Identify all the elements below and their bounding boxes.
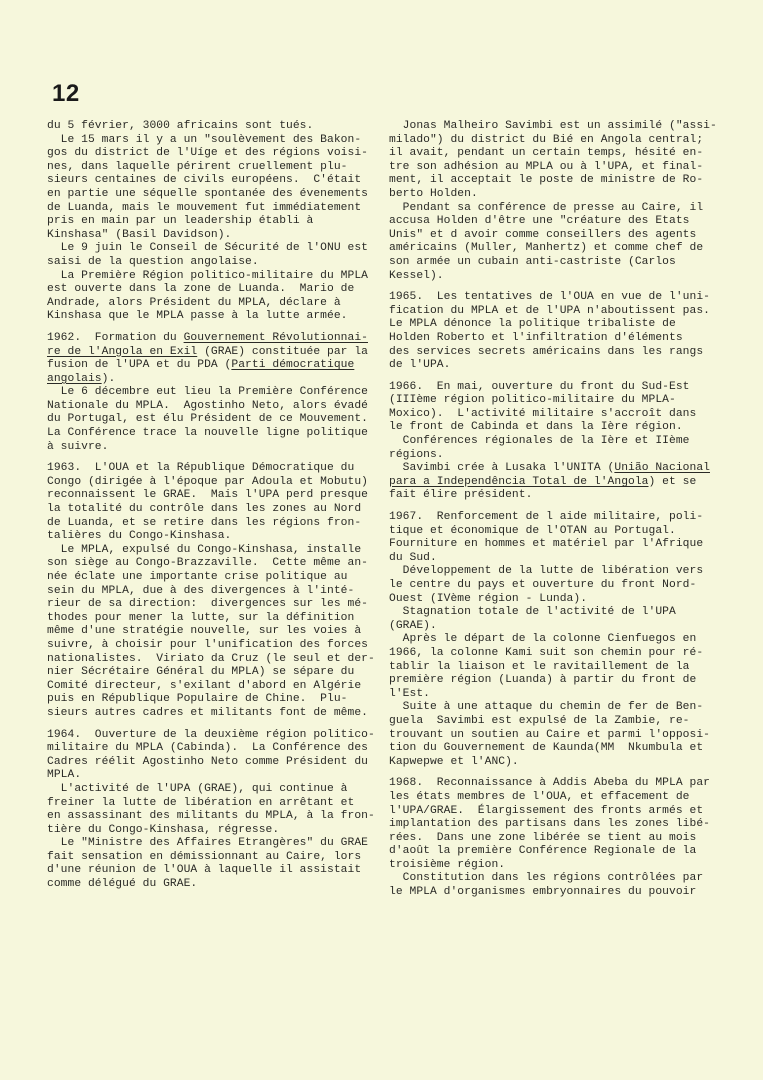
paragraph: Le 9 juin le Conseil de Sécurité de l'ON…	[47, 242, 387, 269]
text-line: l'UPA/GRAE. Élargissement des fronts arm…	[389, 805, 734, 819]
text-line: pris en main par un leadership établi à	[47, 215, 387, 229]
text-line: fait élire président.	[389, 489, 734, 503]
paragraph: 1965. Les tentatives de l'OUA en vue de …	[389, 291, 734, 373]
text-line: Stagnation totale de l'activité de l'UPA	[389, 606, 734, 620]
text-line: son armée un cubain anti-castriste (Carl…	[389, 256, 734, 270]
text-line: fait sensation en démissionnant au Caire…	[47, 851, 387, 865]
text-line: Kapwepwe et l'ANC).	[389, 756, 734, 770]
text-line: thodes pour mener la lutte, sur la défin…	[47, 612, 387, 626]
text-line: 1965. Les tentatives de l'OUA en vue de …	[389, 291, 734, 305]
paragraph: 1964. Ouverture de la deuxième région po…	[47, 729, 387, 783]
text-line: accusa Holden d'être une "créature des E…	[389, 215, 734, 229]
text-line: Kinshasa que le MPLA passe à la lutte ar…	[47, 310, 387, 324]
section-gap	[47, 454, 387, 462]
text-line: du 5 février, 3000 africains sont tués.	[47, 120, 387, 134]
text-line: nes, dans laquelle périrent cruellement …	[47, 161, 387, 175]
text-line: sieurs autres cadres et militants font d…	[47, 707, 387, 721]
paragraph: 1967. Renforcement de l aide militaire, …	[389, 511, 734, 565]
text-line: 1964. Ouverture de la deuxième région po…	[47, 729, 387, 743]
text-line: puis en République Populaire de Chine. P…	[47, 693, 387, 707]
text-line: comme délégué du GRAE.	[47, 878, 387, 892]
text-line: rieur de sa direction: divergences sur l…	[47, 598, 387, 612]
text-line: nier Sécrétaire Général du MPLA) se sépa…	[47, 666, 387, 680]
paragraph: Savimbi crée à Lusaka l'UNITA (União Nac…	[389, 462, 734, 503]
text-line: Holden Roberto et l'infiltration d'éléme…	[389, 332, 734, 346]
text-line: en partie une séquelle spontanée des éve…	[47, 188, 387, 202]
paragraph: Stagnation totale de l'activité de l'UPA…	[389, 606, 734, 633]
section-gap	[389, 503, 734, 511]
text-line: Comité directeur, s'exilant d'abord en A…	[47, 680, 387, 694]
text-line: Jonas Malheiro Savimbi est un assimilé (…	[389, 120, 734, 134]
text-line: il avait, pendant un certain temps, hési…	[389, 147, 734, 161]
text-line: 1963. L'OUA et la République Démocratiqu…	[47, 462, 387, 476]
text-line: même d'une stratégie nouvelle, sur les v…	[47, 625, 387, 639]
text-line: Constitution dans les régions contrôlées…	[389, 872, 734, 886]
text-line: 1967. Renforcement de l aide militaire, …	[389, 511, 734, 525]
text-line: de l'UPA.	[389, 359, 734, 373]
text-line: rées. Dans une zone libérée se tient au …	[389, 832, 734, 846]
text-line: fusion de l'UPA et du PDA (Parti démocra…	[47, 359, 387, 373]
text-line: re de l'Angola en Exil (GRAE) constituée…	[47, 346, 387, 360]
text-line: Le "Ministre des Affaires Etrangères" du…	[47, 837, 387, 851]
paragraph: 1968. Reconnaissance à Addis Abeba du MP…	[389, 777, 734, 872]
text-line: trouvant un soutien au Caire et parmi l'…	[389, 729, 734, 743]
text-line: milado") du district du Bié en Angola ce…	[389, 134, 734, 148]
text-line: (IIIème région politico-militaire du MPL…	[389, 394, 734, 408]
text-line: Développement de la lutte de libération …	[389, 565, 734, 579]
paragraph: Le 15 mars il y a un "soulèvement des Ba…	[47, 134, 387, 243]
text-line: est ouverte dans la zone de Luanda. Mari…	[47, 283, 387, 297]
text-line: Andrade, alors Président du MPLA, déclar…	[47, 297, 387, 311]
text-line: le MPLA d'organismes embryonnaires du po…	[389, 886, 734, 900]
text-line: Le 15 mars il y a un "soulèvement des Ba…	[47, 134, 387, 148]
text-line: Congo (dirigée à l'époque par Adoula et …	[47, 476, 387, 490]
paragraph: Pendant sa conférence de presse au Caire…	[389, 202, 734, 284]
text-line: gos du district de l'Uíge et des régions…	[47, 147, 387, 161]
text-line: 1966. En mai, ouverture du front du Sud-…	[389, 381, 734, 395]
text-line: guela Savimbi est expulsé de la Zambie, …	[389, 715, 734, 729]
paragraph: Développement de la lutte de libération …	[389, 565, 734, 606]
paragraph: Le MPLA, expulsé du Congo-Kinshasa, inst…	[47, 544, 387, 721]
text-line: Moxico). L'activité militaire s'accroît …	[389, 408, 734, 422]
section-gap	[389, 283, 734, 291]
paragraph: Suite à une attaque du chemin de fer de …	[389, 701, 734, 769]
text-line: Kessel).	[389, 270, 734, 284]
paragraph: Le 6 décembre eut lieu la Première Confé…	[47, 386, 387, 454]
text-line: angolais).	[47, 373, 387, 387]
text-line: née éclate une importante crise politiqu…	[47, 571, 387, 585]
text-line: en assassinant des militants du MPLA, à …	[47, 810, 387, 824]
text-line: de Luanda, mais le mouvement fut immédia…	[47, 202, 387, 216]
text-line: la totalité du contrôle dans les zones a…	[47, 503, 387, 517]
section-gap	[47, 324, 387, 332]
text-line: tre son adhésion au MPLA ou à l'UPA, et …	[389, 161, 734, 175]
text-line: à suivre.	[47, 441, 387, 455]
text-line: tion du Gouvernement de Kaunda(MM Nkumbu…	[389, 742, 734, 756]
text-line: Après le départ de la colonne Cienfuegos…	[389, 633, 734, 647]
text-line: Suite à une attaque du chemin de fer de …	[389, 701, 734, 715]
text-line: Savimbi crée à Lusaka l'UNITA (União Nac…	[389, 462, 734, 476]
text-line: d'août la première Conférence Regionale …	[389, 845, 734, 859]
text-line: Cadres réélit Agostinho Neto comme Prési…	[47, 756, 387, 770]
text-line: nationalistes. Viriato da Cruz (le seul …	[47, 653, 387, 667]
paragraph: Le "Ministre des Affaires Etrangères" du…	[47, 837, 387, 891]
text-line: d'une réunion de l'OUA à laquelle il ass…	[47, 864, 387, 878]
paragraph: L'activité de l'UPA (GRAE), qui continue…	[47, 783, 387, 837]
section-gap	[389, 373, 734, 381]
text-line: militaire du MPLA (Cabinda). La Conféren…	[47, 742, 387, 756]
text-line: l'Est.	[389, 688, 734, 702]
text-line: reconnaissent le GRAE. Mais l'UPA perd p…	[47, 489, 387, 503]
text-line: Le MPLA, expulsé du Congo-Kinshasa, inst…	[47, 544, 387, 558]
text-line: Le 9 juin le Conseil de Sécurité de l'ON…	[47, 242, 387, 256]
paragraph: 1966. En mai, ouverture du front du Sud-…	[389, 381, 734, 435]
section-gap	[389, 769, 734, 777]
paragraph: 1962. Formation du Gouvernement Révoluti…	[47, 332, 387, 386]
text-line: du Sud.	[389, 552, 734, 566]
text-line: ment, il acceptait le poste de ministre …	[389, 174, 734, 188]
text-line: américains (Muller, Manhertz) et comme c…	[389, 242, 734, 256]
text-line: berto Holden.	[389, 188, 734, 202]
text-line: les états membres de l'OUA, et effacemen…	[389, 791, 734, 805]
text-line: para a Independência Total de l'Angola) …	[389, 476, 734, 490]
page-number: 12	[52, 80, 80, 108]
text-line: le centre du pays et ouverture du front …	[389, 579, 734, 593]
text-line: de Luanda, et se retire dans les régions…	[47, 517, 387, 531]
text-line: MPLA.	[47, 769, 387, 783]
text-line: première région (Luanda) à partir du fro…	[389, 674, 734, 688]
text-line: sein du MPLA, due à des divergences à l'…	[47, 585, 387, 599]
text-line: sieurs centaines de civils européens. C'…	[47, 174, 387, 188]
text-line: tique et économique de l'OTAN au Portuga…	[389, 525, 734, 539]
right-column: Jonas Malheiro Savimbi est un assimilé (…	[389, 120, 734, 900]
text-line: Fourniture en hommes et matériel par l'A…	[389, 538, 734, 552]
text-line: Ouest (IVème région - Lunda).	[389, 593, 734, 607]
paragraph: La Première Région politico-militaire du…	[47, 270, 387, 324]
text-line: des services secrets américains dans les…	[389, 346, 734, 360]
text-line: 1962. Formation du Gouvernement Révoluti…	[47, 332, 387, 346]
text-line: Le 6 décembre eut lieu la Première Confé…	[47, 386, 387, 400]
text-line: suivre, à choisir pour l'unification des…	[47, 639, 387, 653]
text-line: talières du Congo-Kinshasa.	[47, 530, 387, 544]
text-line: saisi de la question angolaise.	[47, 256, 387, 270]
paragraph: Conférences régionales de la Ière et IIè…	[389, 435, 734, 462]
text-line: 1966, la colonne Kami suit son chemin po…	[389, 647, 734, 661]
text-line: Nationale du MPLA. Agostinho Neto, alors…	[47, 400, 387, 414]
paragraph: Après le départ de la colonne Cienfuegos…	[389, 633, 734, 701]
text-line: troisième région.	[389, 859, 734, 873]
text-line: tablir la liaison et le ravitaillement d…	[389, 661, 734, 675]
text-line: L'activité de l'UPA (GRAE), qui continue…	[47, 783, 387, 797]
text-line: freiner la lutte de libération en arrêta…	[47, 797, 387, 811]
text-line: régions.	[389, 449, 734, 463]
text-line: La Conférence trace la nouvelle ligne po…	[47, 427, 387, 441]
text-line: La Première Région politico-militaire du…	[47, 270, 387, 284]
text-line: Unis" et d avoir comme conseillers des a…	[389, 229, 734, 243]
section-gap	[47, 721, 387, 729]
text-line: son siège au Congo-Brazzaville. Cette mê…	[47, 557, 387, 571]
text-line: du Portugal, est élu Président de ce Mou…	[47, 413, 387, 427]
left-column: du 5 février, 3000 africains sont tués. …	[47, 120, 387, 892]
text-line: Le MPLA dénonce la politique tribaliste …	[389, 318, 734, 332]
text-line: (GRAE).	[389, 620, 734, 634]
text-line: 1968. Reconnaissance à Addis Abeba du MP…	[389, 777, 734, 791]
text-line: Conférences régionales de la Ière et IIè…	[389, 435, 734, 449]
text-line: Kinshasa" (Basil Davidson).	[47, 229, 387, 243]
text-line: tière du Congo-Kinshasa, régresse.	[47, 824, 387, 838]
paragraph: 1963. L'OUA et la République Démocratiqu…	[47, 462, 387, 544]
paragraph: Constitution dans les régions contrôlées…	[389, 872, 734, 899]
paragraph: Jonas Malheiro Savimbi est un assimilé (…	[389, 120, 734, 202]
text-line: implantation des partisans dans les zone…	[389, 818, 734, 832]
paragraph: du 5 février, 3000 africains sont tués.	[47, 120, 387, 134]
text-line: le front de Cabinda et dans la Ière régi…	[389, 421, 734, 435]
text-line: fication du MPLA et de l'UPA n'aboutisse…	[389, 305, 734, 319]
text-line: Pendant sa conférence de presse au Caire…	[389, 202, 734, 216]
